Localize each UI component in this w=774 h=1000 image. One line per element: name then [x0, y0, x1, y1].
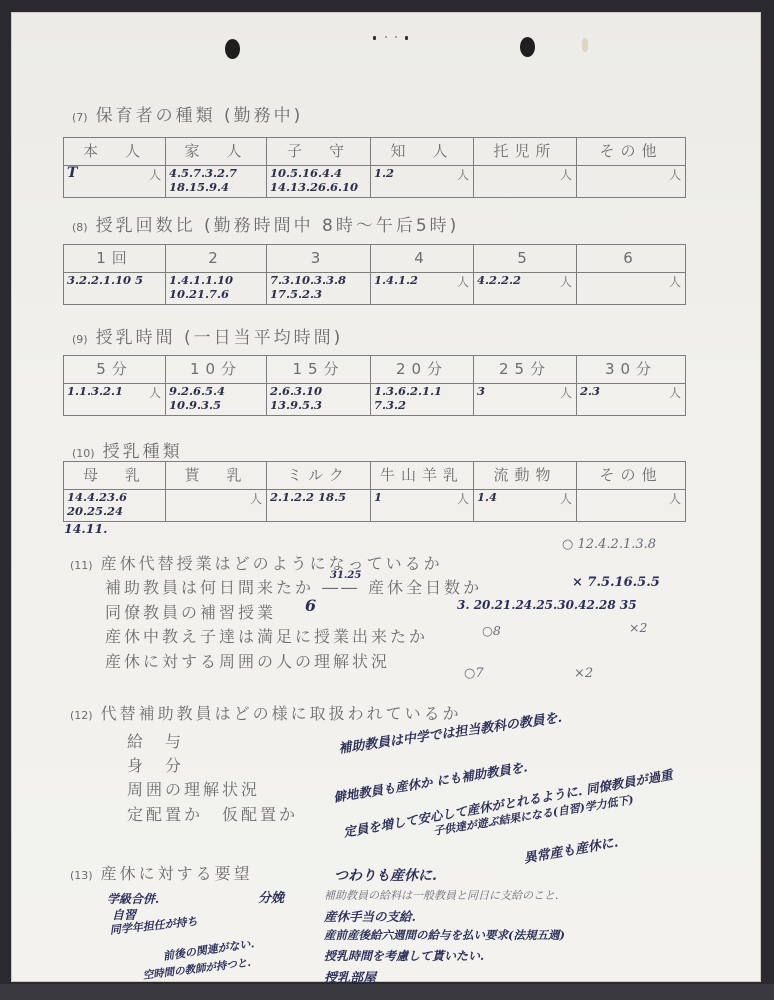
section10-heading: (10)授乳種類: [72, 437, 183, 462]
punch-hole-left: [225, 39, 240, 59]
section12-item-salary: 給 与: [127, 729, 184, 752]
value-cell: 2.6.3.10 13.9.5.3: [267, 384, 371, 416]
header-cell: 2: [166, 245, 267, 273]
section10-overflow-note: 14.11.: [64, 521, 108, 536]
header-cell: 流動物: [474, 462, 577, 490]
section13-heading: (13)産休に対する要望: [70, 861, 253, 884]
value-cell: 1.4.1.1.10 10.21.7.6: [166, 273, 267, 305]
value-cell: 4.2.2.2人: [474, 273, 577, 305]
section11-line-3: 同僚教員の補習授業: [105, 600, 276, 623]
value-cell: 人: [577, 490, 686, 522]
section9-table: 5分 10分 15分 20分 25分 30分 1.1.3.2.1人 9.2.6.…: [63, 355, 686, 416]
understanding-cross-note: ×2: [574, 666, 593, 681]
request-right-4: 産前産後給六週間の給与を払い要求(法規五週): [324, 927, 565, 943]
section9-heading: (9)授乳時間 (一日当平均時間): [72, 323, 343, 348]
section9-title: 授乳時間 (一日当平均時間): [96, 328, 344, 348]
section7-heading: (7)保育者の種類 (勤務中): [72, 101, 303, 126]
header-cell: 知 人: [371, 138, 474, 166]
supplementary-count: 6: [305, 596, 316, 615]
value-cell: 1.3.6.2.1.1 7.3.2: [371, 384, 474, 416]
table-row: 14.4.23.6 20.25.24 人 2.1.2.2 18.5 1人 1.4…: [64, 490, 686, 522]
table-header-row: 1回 2 3 4 5 6: [64, 245, 686, 273]
value-cell: 人: [166, 490, 267, 522]
table-row: T人 4.5.7.3.2.7 18.15.9.4 10.5.16.4.4 14.…: [64, 166, 686, 198]
table-header-row: 5分 10分 15分 20分 25分 30分: [64, 356, 686, 384]
value-cell: 1人: [371, 490, 474, 522]
section12-item-understanding: 周囲の理解状況: [127, 777, 260, 800]
value-cell: 4.5.7.3.2.7 18.15.9.4: [166, 166, 267, 198]
request-left-1: 学級合併.: [107, 890, 159, 907]
handwritten-note-5: 異常産も産休に.: [522, 831, 619, 866]
value-cell: 人: [577, 166, 686, 198]
header-cell: 托児所: [474, 138, 577, 166]
understanding-circle-note: ○7: [464, 666, 484, 681]
value-cell: 10.5.16.4.4 14.13.26.6.10: [267, 166, 371, 198]
punch-hole-right: [520, 37, 535, 57]
header-cell: 5分: [64, 356, 166, 384]
header-cell: 子 守: [267, 138, 371, 166]
section7-title: 保育者の種類 (勤務中): [96, 106, 304, 126]
table-header-row: 本 人 家 人 子 守 知 人 托児所 その他: [64, 138, 686, 166]
section11-line-1: (11)産休代替授業はどのようになっているか: [70, 551, 443, 574]
section11-line-4: 産休中教え子達は満足に授業出来たか: [105, 624, 428, 647]
section10-title: 授乳種類: [103, 442, 183, 462]
section11-line-5: 産休に対する周囲の人の理解状況: [105, 649, 390, 672]
stain-mark: [582, 38, 588, 52]
header-cell: 4: [371, 245, 474, 273]
header-cell: 3: [267, 245, 371, 273]
header-cell: 30分: [577, 356, 686, 384]
request-right-2: 補助教員の給料は一般教員と同日に支給のこと.: [324, 887, 559, 903]
days-note: 31.25: [330, 570, 361, 581]
childbirth-note: 分娩: [258, 887, 284, 906]
circle-count-note: ○ 12.4.2.1.3.8: [562, 537, 656, 552]
days-list-note: 3. 20.21.24.25.30.42.28 35: [457, 598, 637, 612]
x2-note-a: ×2: [629, 620, 647, 635]
value-cell: 7.3.10.3.3.8 17.5.2.3: [267, 273, 371, 305]
section8-table: 1回 2 3 4 5 6 3.2.2.1.10 5 1.4.1.1.10 10.…: [63, 244, 686, 305]
section7-table: 本 人 家 人 子 守 知 人 托児所 その他 T人 4.5.7.3.2.7 1…: [63, 137, 686, 198]
section12-item-status: 身 分: [127, 753, 184, 776]
header-cell: 貰 乳: [166, 462, 267, 490]
value-cell: 人: [577, 273, 686, 305]
section12-heading: (12)代替補助教員はどの様に取扱われているか: [70, 701, 462, 724]
header-cell: 15分: [267, 356, 371, 384]
request-right-1: つわりも産休に.: [334, 865, 437, 885]
header-cell: ミルク: [267, 462, 371, 490]
header-cell: 6: [577, 245, 686, 273]
section11-line-2: 補助教員は何日間来たか ―― 産休全日数か: [105, 575, 482, 598]
satisfied-note: ○8: [482, 623, 501, 638]
value-cell: 1.2人: [371, 166, 474, 198]
section12-item-placement: 定配置か 仮配置か: [127, 802, 298, 825]
value-cell: 3.2.2.1.10 5: [64, 273, 166, 305]
header-cell: 母 乳: [64, 462, 166, 490]
value-cell: 人: [474, 166, 577, 198]
staple-marks: [373, 36, 409, 42]
value-cell: 14.4.23.6 20.25.24: [64, 490, 166, 522]
value-cell: 2.1.2.2 18.5: [267, 490, 371, 522]
value-cell: 2.3人: [577, 384, 686, 416]
header-cell: その他: [577, 138, 686, 166]
header-cell: 家 人: [166, 138, 267, 166]
section10-table: 母 乳 貰 乳 ミルク 牛山羊乳 流動物 その他 14.4.23.6 20.25…: [63, 461, 686, 522]
table-row: 3.2.2.1.10 5 1.4.1.1.10 10.21.7.6 7.3.10…: [64, 273, 686, 305]
table-row: 1.1.3.2.1人 9.2.6.5.4 10.9.3.5 2.6.3.10 1…: [64, 384, 686, 416]
value-cell: 1.4人: [474, 490, 577, 522]
value-cell: 3人: [474, 384, 577, 416]
cross-count-note: × 7.5.16.5.5: [572, 575, 660, 590]
header-cell: その他: [577, 462, 686, 490]
value-cell: T人: [64, 166, 166, 198]
request-right-5: 授乳時間を考慮して貰いたい.: [324, 947, 484, 964]
header-cell: 20分: [371, 356, 474, 384]
request-right-3: 産休手当の支給.: [324, 907, 416, 925]
header-cell: 25分: [474, 356, 577, 384]
value-cell: 1.1.3.2.1人: [64, 384, 166, 416]
value-cell: 1.4.1.2人: [371, 273, 474, 305]
header-cell: 1回: [64, 245, 166, 273]
header-cell: 5: [474, 245, 577, 273]
section8-title: 授乳回数比 (勤務時間中 8時〜午后5時): [96, 216, 460, 236]
value-cell: 9.2.6.5.4 10.9.3.5: [166, 384, 267, 416]
header-cell: 10分: [166, 356, 267, 384]
section8-heading: (8)授乳回数比 (勤務時間中 8時〜午后5時): [72, 211, 459, 236]
table-header-row: 母 乳 貰 乳 ミルク 牛山羊乳 流動物 その他: [64, 462, 686, 490]
background-band: [0, 984, 774, 1000]
header-cell: 牛山羊乳: [371, 462, 474, 490]
document-page: (7)保育者の種類 (勤務中) 本 人 家 人 子 守 知 人 托児所 その他 …: [12, 13, 760, 981]
header-cell: 本 人: [64, 138, 166, 166]
